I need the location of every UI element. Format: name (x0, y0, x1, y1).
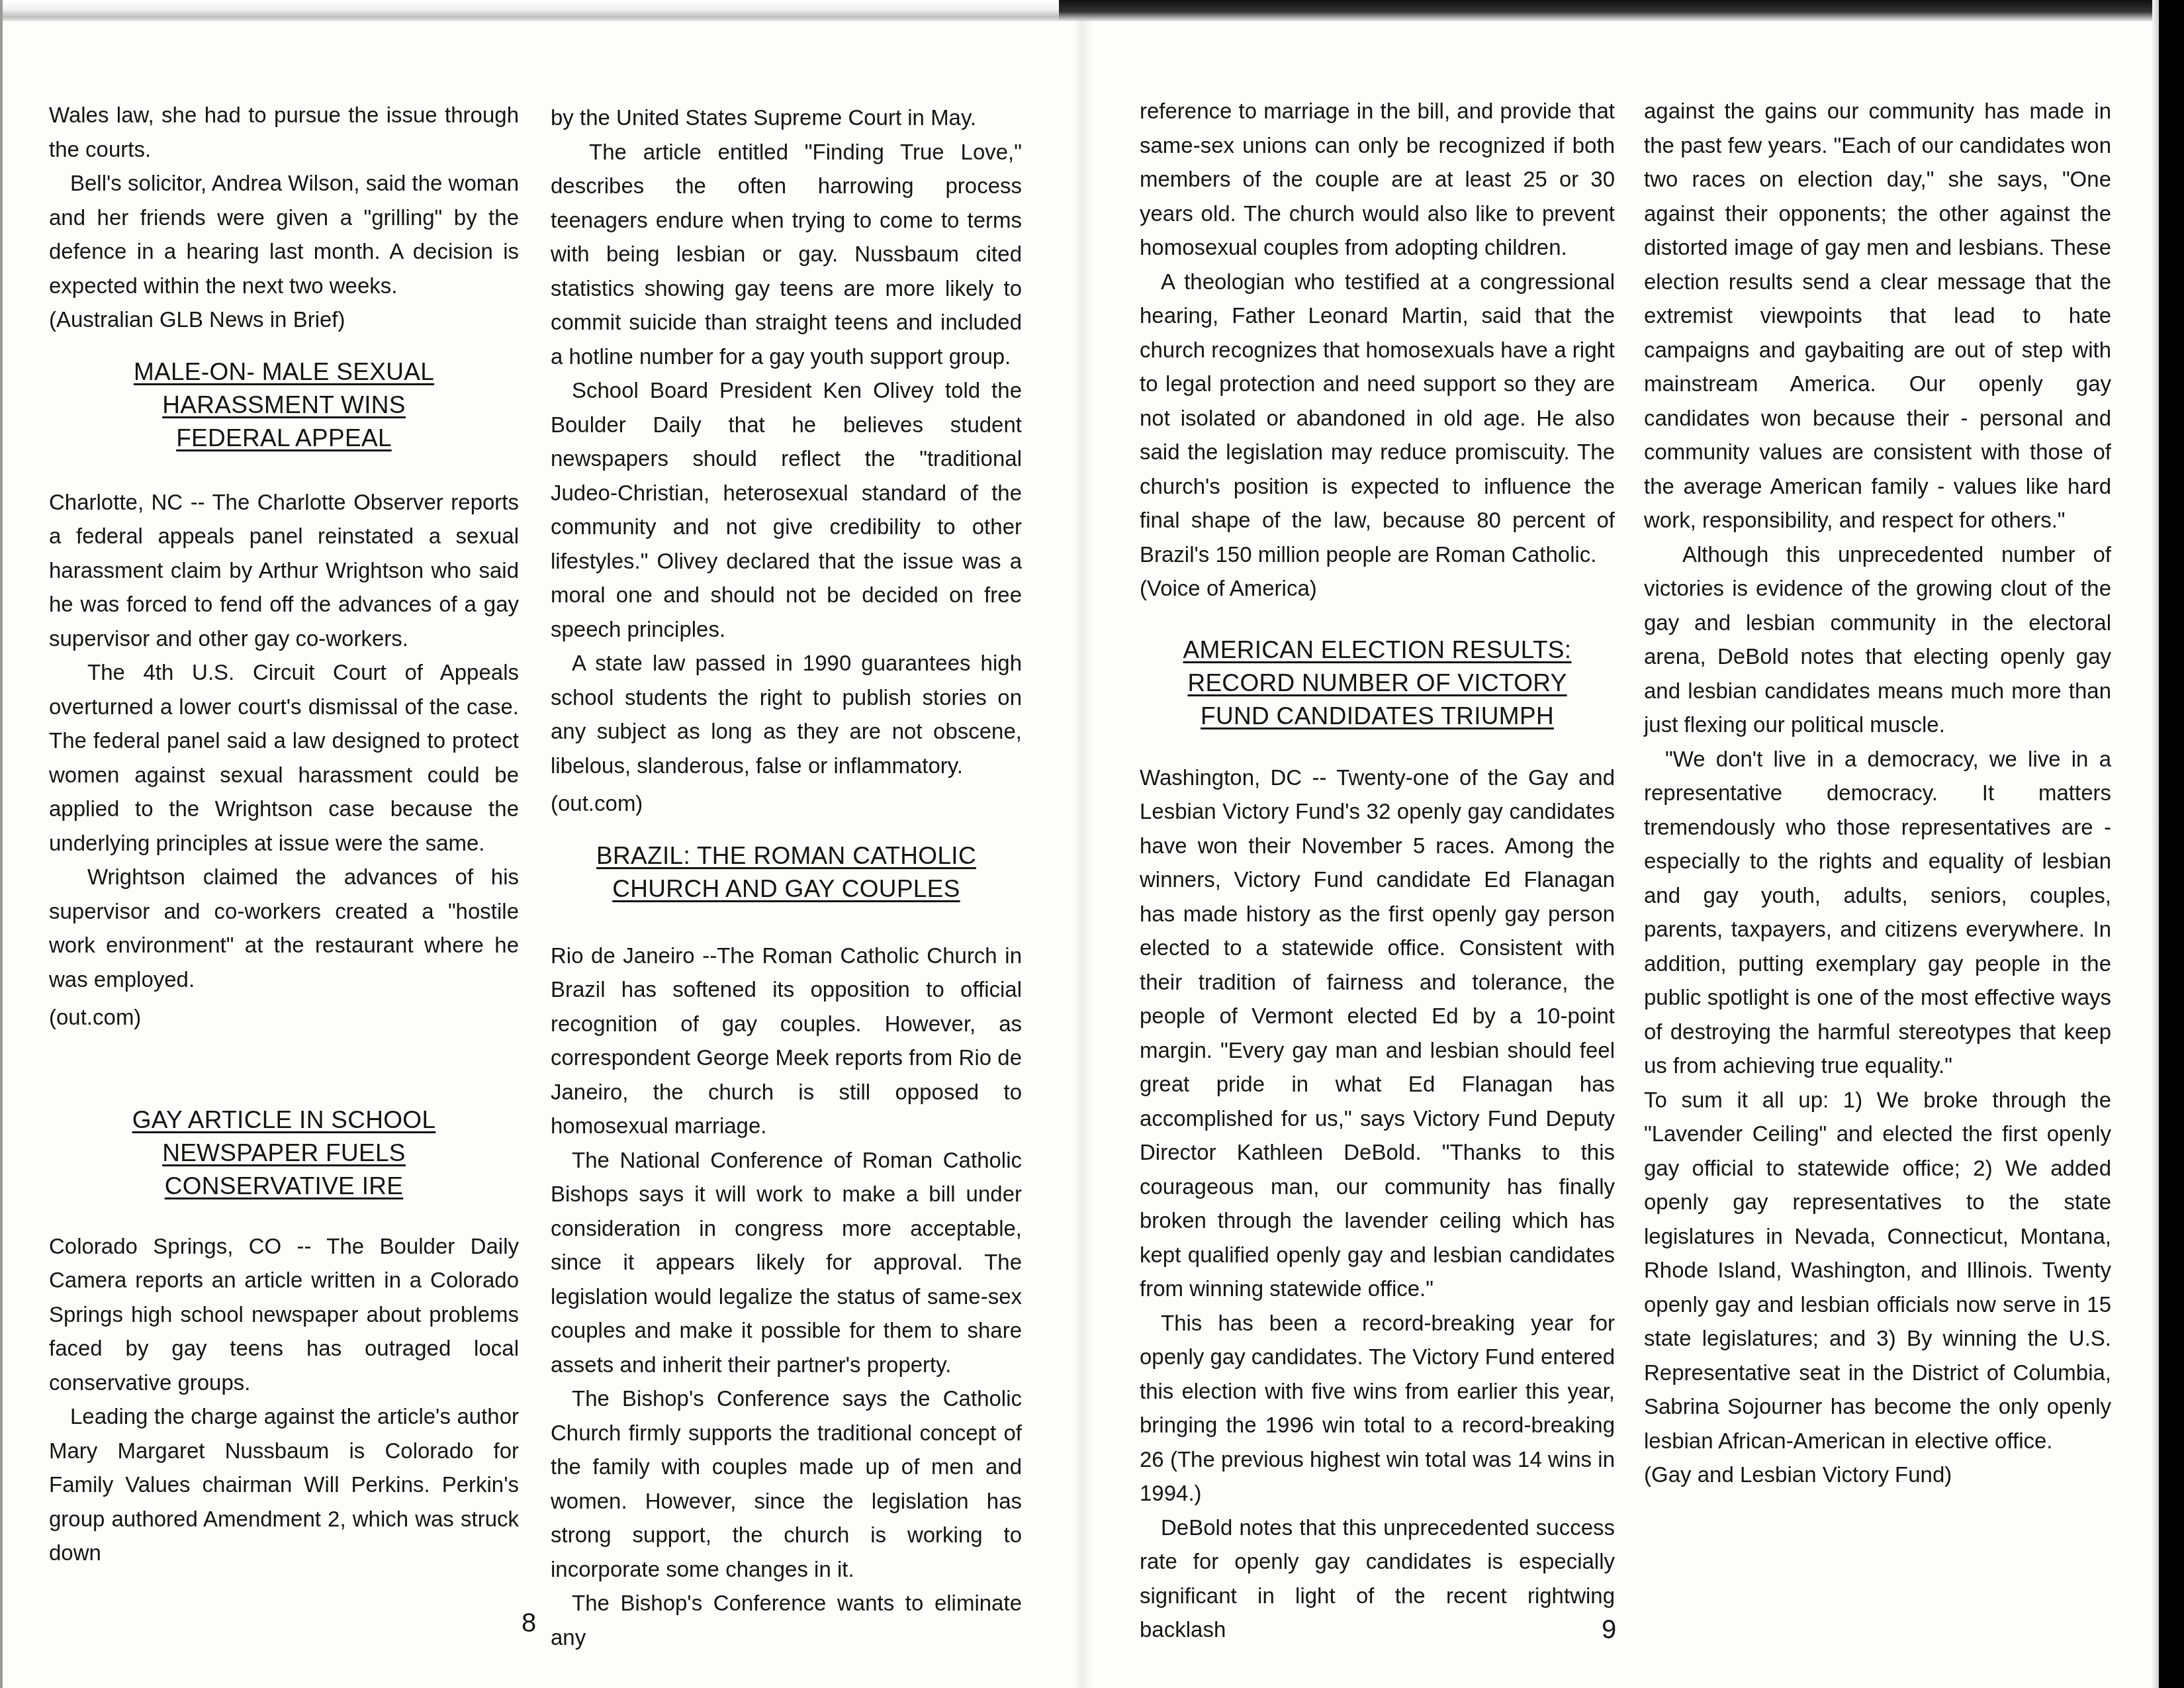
page-number-left: 8 (522, 1609, 536, 1638)
paragraph: The Bishop's Conference wants to elimina… (551, 1586, 1022, 1654)
paragraph: Washington, DC -- Twenty-one of the Gay … (1140, 761, 1615, 1306)
scan-right-edge (2159, 0, 2184, 1688)
page-gutter (1073, 20, 1093, 1688)
scan-left-edge (0, 0, 3, 1688)
paragraph: "We don't live in a democracy, we live i… (1644, 742, 2111, 1083)
article-brazil: BRAZIL: THE ROMAN CATHOLIC CHURCH AND GA… (551, 839, 1022, 1655)
right-page-column-2: against the gains our community has made… (1644, 94, 2111, 1492)
headline: AMERICAN ELECTION RESULTS: RECORD NUMBER… (1140, 633, 1615, 733)
article-school-newspaper-continued: by the United States Supreme Court in Ma… (551, 101, 1022, 821)
scan-right-edge-fade (2152, 0, 2159, 1688)
source-credit: (out.com) (551, 786, 1022, 821)
article-continued-australia: Wales law, she had to pursue the issue t… (49, 98, 519, 337)
source-credit: (out.com) (49, 1000, 519, 1035)
headline: BRAZIL: THE ROMAN CATHOLIC CHURCH AND GA… (551, 839, 1022, 906)
paragraph: This has been a record-breaking year for… (1140, 1306, 1615, 1511)
paragraph: The National Conference of Roman Catholi… (551, 1143, 1022, 1382)
left-page-column-1: Wales law, she had to pursue the issue t… (49, 98, 519, 1570)
headline: MALE-ON- MALE SEXUAL HARASSMENT WINS FED… (49, 355, 519, 455)
article-brazil-continued: reference to marriage in the bill, and p… (1140, 94, 1615, 606)
paragraph: Although this unprecedented number of vi… (1644, 538, 2111, 742)
paragraph: by the United States Supreme Court in Ma… (551, 101, 1022, 135)
paragraph: Wales law, she had to pursue the issue t… (49, 98, 519, 166)
right-page-column-1: reference to marriage in the bill, and p… (1140, 94, 1615, 1647)
page-number-right: 9 (1602, 1615, 1616, 1645)
scan-top-edge-left (0, 0, 1059, 21)
paragraph: against the gains our community has made… (1644, 94, 2111, 538)
article-harassment: MALE-ON- MALE SEXUAL HARASSMENT WINS FED… (49, 355, 519, 1035)
paragraph: DeBold notes that this unprecedented suc… (1140, 1511, 1615, 1647)
headline: GAY ARTICLE IN SCHOOL NEWSPAPER FUELS CO… (49, 1103, 519, 1203)
source-credit: (Gay and Lesbian Victory Fund) (1644, 1458, 2111, 1492)
paragraph: Rio de Janeiro --The Roman Catholic Chur… (551, 939, 1022, 1143)
paragraph: To sum it all up: 1) We broke through th… (1644, 1083, 2111, 1458)
article-school-newspaper: GAY ARTICLE IN SCHOOL NEWSPAPER FUELS CO… (49, 1103, 519, 1570)
paragraph: Leading the charge against the article's… (49, 1399, 519, 1570)
paragraph: Bell's solicitor, Andrea Wilson, said th… (49, 166, 519, 303)
paragraph: Colorado Springs, CO -- The Boulder Dail… (49, 1229, 519, 1400)
paragraph: Charlotte, NC -- The Charlotte Observer … (49, 485, 519, 656)
paragraph: The 4th U.S. Circuit Court of Appeals ov… (49, 655, 519, 860)
paragraph: The Bishop's Conference says the Catholi… (551, 1382, 1022, 1586)
source-credit: (Voice of America) (1140, 571, 1615, 606)
paragraph: School Board President Ken Olivey told t… (551, 373, 1022, 646)
paragraph: The article entitled "Finding True Love,… (551, 135, 1022, 374)
paragraph: reference to marriage in the bill, and p… (1140, 94, 1615, 265)
source-credit: (Australian GLB News in Brief) (49, 303, 519, 337)
article-election-results: AMERICAN ELECTION RESULTS: RECORD NUMBER… (1140, 633, 1615, 1647)
paragraph: A theologian who testified at a congress… (1140, 265, 1615, 572)
paragraph: A state law passed in 1990 guarantees hi… (551, 646, 1022, 782)
paragraph: Wrightson claimed the advances of his su… (49, 860, 519, 996)
left-page-column-2: by the United States Supreme Court in Ma… (551, 101, 1022, 1654)
article-election-results-continued: against the gains our community has made… (1644, 94, 2111, 1492)
